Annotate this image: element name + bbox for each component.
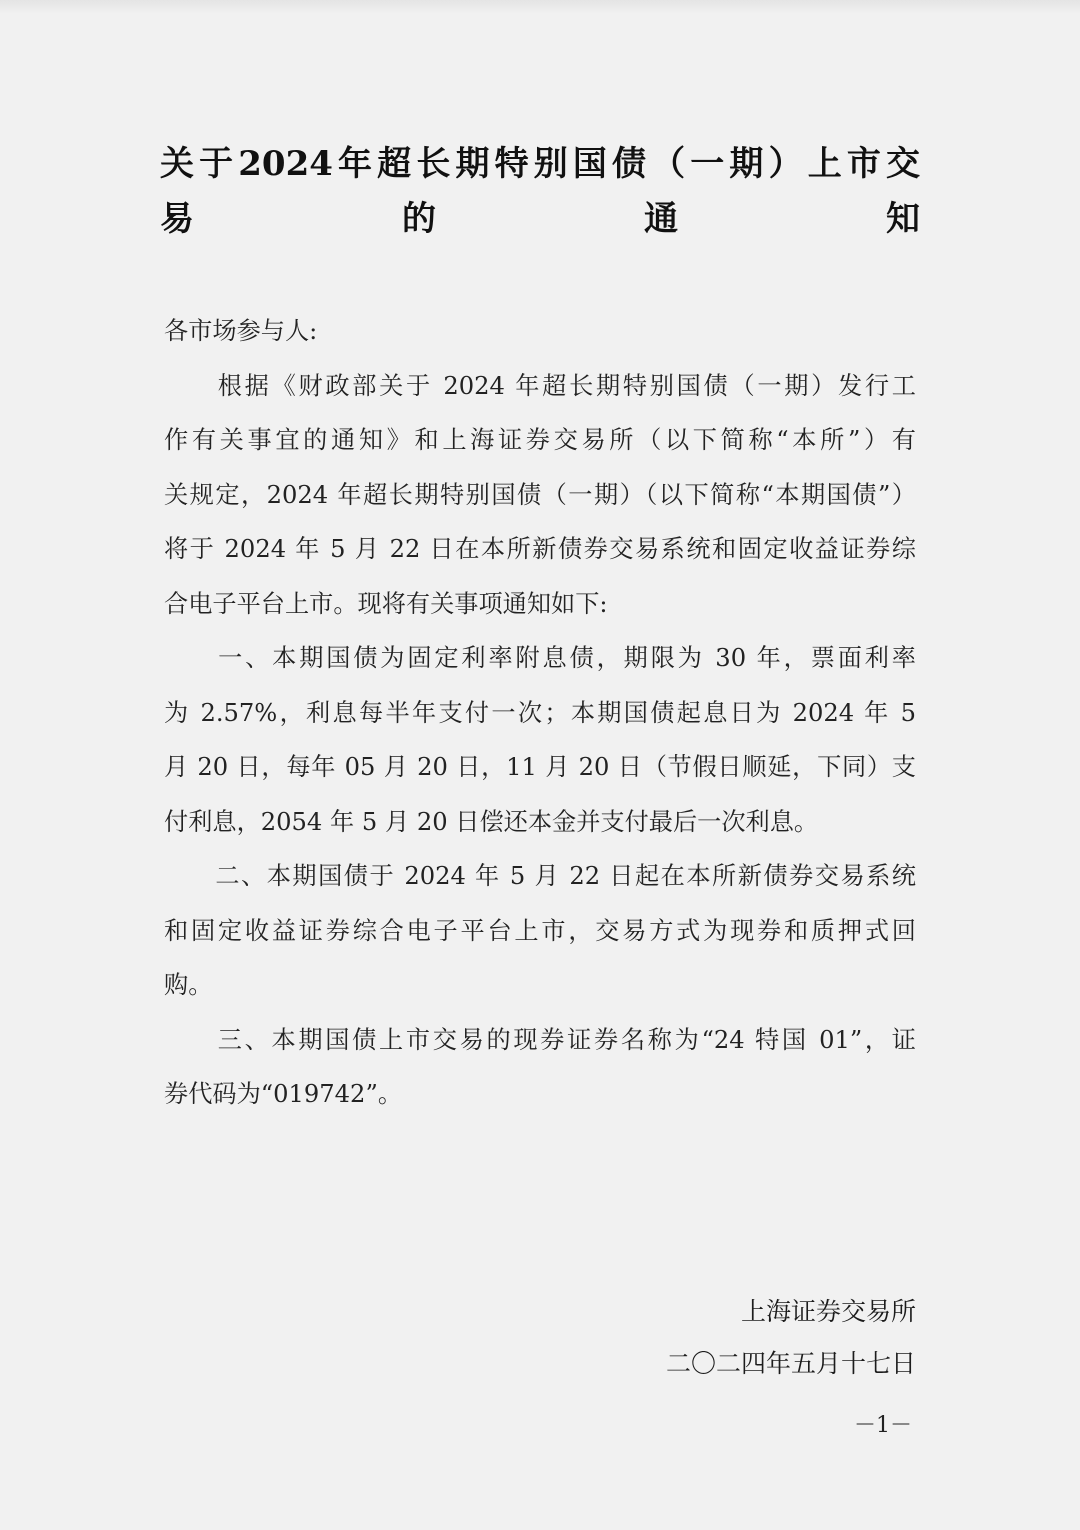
text-line: 一、本期国债为固定利率附息债，期限为 30 年，票面利率 xyxy=(164,631,916,686)
text-line: 三、本期国债上市交易的现券证券名称为“24 特国 01”，证 xyxy=(164,1013,916,1068)
title-line-1: 关于2024年超长期特别国债（一期）上市交 xyxy=(160,138,920,193)
salutation: 各市场参与人: xyxy=(164,304,916,359)
signature-block: 上海证券交易所 二〇二四年五月十七日 xyxy=(666,1286,916,1390)
text-line: 二、本期国债于 2024 年 5 月 22 日起在本所新债券交易系统 xyxy=(164,849,916,904)
document-body: 各市场参与人: 根据《财政部关于 2024 年超长期特别国债（一期）发行工 作有… xyxy=(164,304,916,1122)
paragraph-item-3: 三、本期国债上市交易的现券证券名称为“24 特国 01”，证 券代码为“0197… xyxy=(164,1013,916,1122)
text-line: 为 2.57%，利息每半年支付一次；本期国债起息日为 2024 年 5 xyxy=(164,686,916,741)
document-title: 关于2024年超长期特别国债（一期）上市交 易的通知 xyxy=(160,138,920,247)
text-line: 券代码为“019742”。 xyxy=(164,1067,916,1122)
paragraph-item-1: 一、本期国债为固定利率附息债，期限为 30 年，票面利率 为 2.57%，利息每… xyxy=(164,631,916,849)
text-line: 作有关事宜的通知》和上海证券交易所（以下简称“本所”）有 xyxy=(164,413,916,468)
text-line: 关规定，2024 年超长期特别国债（一期）（以下简称“本期国债”） xyxy=(164,468,916,523)
text-line: 将于 2024 年 5 月 22 日在本所新债券交易系统和固定收益证券综 xyxy=(164,522,916,577)
text-line: 月 20 日，每年 05 月 20 日，11 月 20 日（节假日顺延，下同）支 xyxy=(164,740,916,795)
title-line-2: 易的通知 xyxy=(160,193,920,248)
page-top-edge xyxy=(0,0,1080,14)
text-line: 合电子平台上市。现将有关事项通知如下: xyxy=(164,577,916,632)
issuer-name: 上海证券交易所 xyxy=(666,1286,916,1338)
paragraph-item-2: 二、本期国债于 2024 年 5 月 22 日起在本所新债券交易系统 和固定收益… xyxy=(164,849,916,1013)
text-line: 根据《财政部关于 2024 年超长期特别国债（一期）发行工 xyxy=(164,359,916,414)
paragraph-intro: 根据《财政部关于 2024 年超长期特别国债（一期）发行工 作有关事宜的通知》和… xyxy=(164,359,916,632)
text-line: 和固定收益证券综合电子平台上市，交易方式为现券和质押式回 xyxy=(164,904,916,959)
text-line: 购。 xyxy=(164,958,916,1013)
page-number: －1－ xyxy=(854,1408,912,1439)
text-line: 付利息，2054 年 5 月 20 日偿还本金并支付最后一次利息。 xyxy=(164,795,916,850)
issue-date: 二〇二四年五月十七日 xyxy=(666,1338,916,1390)
